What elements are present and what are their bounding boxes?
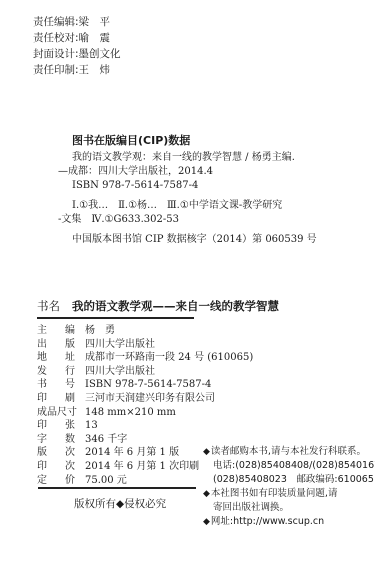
copyright-notice: 版权所有◆侵权必究 xyxy=(74,496,166,511)
cip-library-note: 中国版本图书馆 CIP 数据核字（2014）第 060539 号 xyxy=(58,233,317,247)
book-title-row: 书名我的语文教学观——来自一线的教学智慧 xyxy=(37,298,279,314)
spec-row-printer: 印刷三河市天润建兴印务有限公司 xyxy=(37,392,253,406)
credit-editor: 责任编辑:梁 平 xyxy=(33,14,121,30)
diamond-bullet-icon: ◆ xyxy=(203,517,210,527)
spec-row-size: 成品尺寸148 mm×210 mm xyxy=(37,406,253,420)
notice-quality-cont: 寄回出版社调换。 xyxy=(203,501,375,515)
divider-bottom xyxy=(38,487,196,489)
credit-proofreader: 责任校对:喻 震 xyxy=(33,30,121,46)
notice-mail-order: ◆读者邮购本书,请与本社发行科联系。 xyxy=(203,445,375,459)
book-title-value: 我的语文教学观——来自一线的教学智慧 xyxy=(72,299,279,313)
cip-isbn: ISBN 978-7-5614-7587-4 xyxy=(58,179,317,193)
spec-row-sheets: 印张13 xyxy=(37,419,253,433)
spec-row-distributor: 发行四川大学出版社 xyxy=(37,365,253,379)
notice-phone-postcode: (028)85408023 邮政编码:610065 xyxy=(203,473,375,487)
notice-quality: ◆本社图书如有印装质量问题,请 xyxy=(203,487,375,501)
cip-classification-2: -文集 Ⅳ.①G633.302-53 xyxy=(58,213,317,227)
notice-phone: 电话:(028)85408408/(028)85401670/ xyxy=(203,459,375,473)
book-title-label: 书名 xyxy=(37,299,60,313)
divider-top xyxy=(37,317,194,319)
cip-body: 我的语文教学观：来自一线的教学智慧 / 杨勇主编. —成都：四川大学出版社，20… xyxy=(58,151,317,247)
cip-line-publisher: —成都：四川大学出版社，2014.4 xyxy=(58,165,317,179)
credit-cover-design: 封面设计:墨创文化 xyxy=(33,46,121,62)
spec-row-isbn: 书号ISBN 978-7-5614-7587-4 xyxy=(37,378,253,392)
reader-notice: ◆读者邮购本书,请与本社发行科联系。 电话:(028)85408408/(028… xyxy=(203,445,375,529)
diamond-bullet-icon: ◆ xyxy=(203,447,210,457)
cip-line-title: 我的语文教学观：来自一线的教学智慧 / 杨勇主编. xyxy=(58,151,317,165)
cip-classification-1: Ⅰ.①我… Ⅱ.①杨… Ⅲ.①中学语文课-教学研究 xyxy=(58,199,317,213)
spec-row-address: 地址成都市一环路南一段 24 号 (610065) xyxy=(37,351,253,365)
spec-row-publisher: 出版四川大学出版社 xyxy=(37,338,253,352)
editorial-credits: 责任编辑:梁 平 责任校对:喻 震 封面设计:墨创文化 责任印制:王 炜 xyxy=(33,14,121,78)
notice-website: ◆网址:http://www.scup.cn xyxy=(203,515,375,529)
diamond-bullet-icon: ◆ xyxy=(203,489,210,499)
cip-heading: 图书在版编目(CIP)数据 xyxy=(72,132,190,148)
credit-printing: 责任印制:王 炜 xyxy=(33,62,121,78)
spec-row-editor: 主编杨 勇 xyxy=(37,324,253,338)
